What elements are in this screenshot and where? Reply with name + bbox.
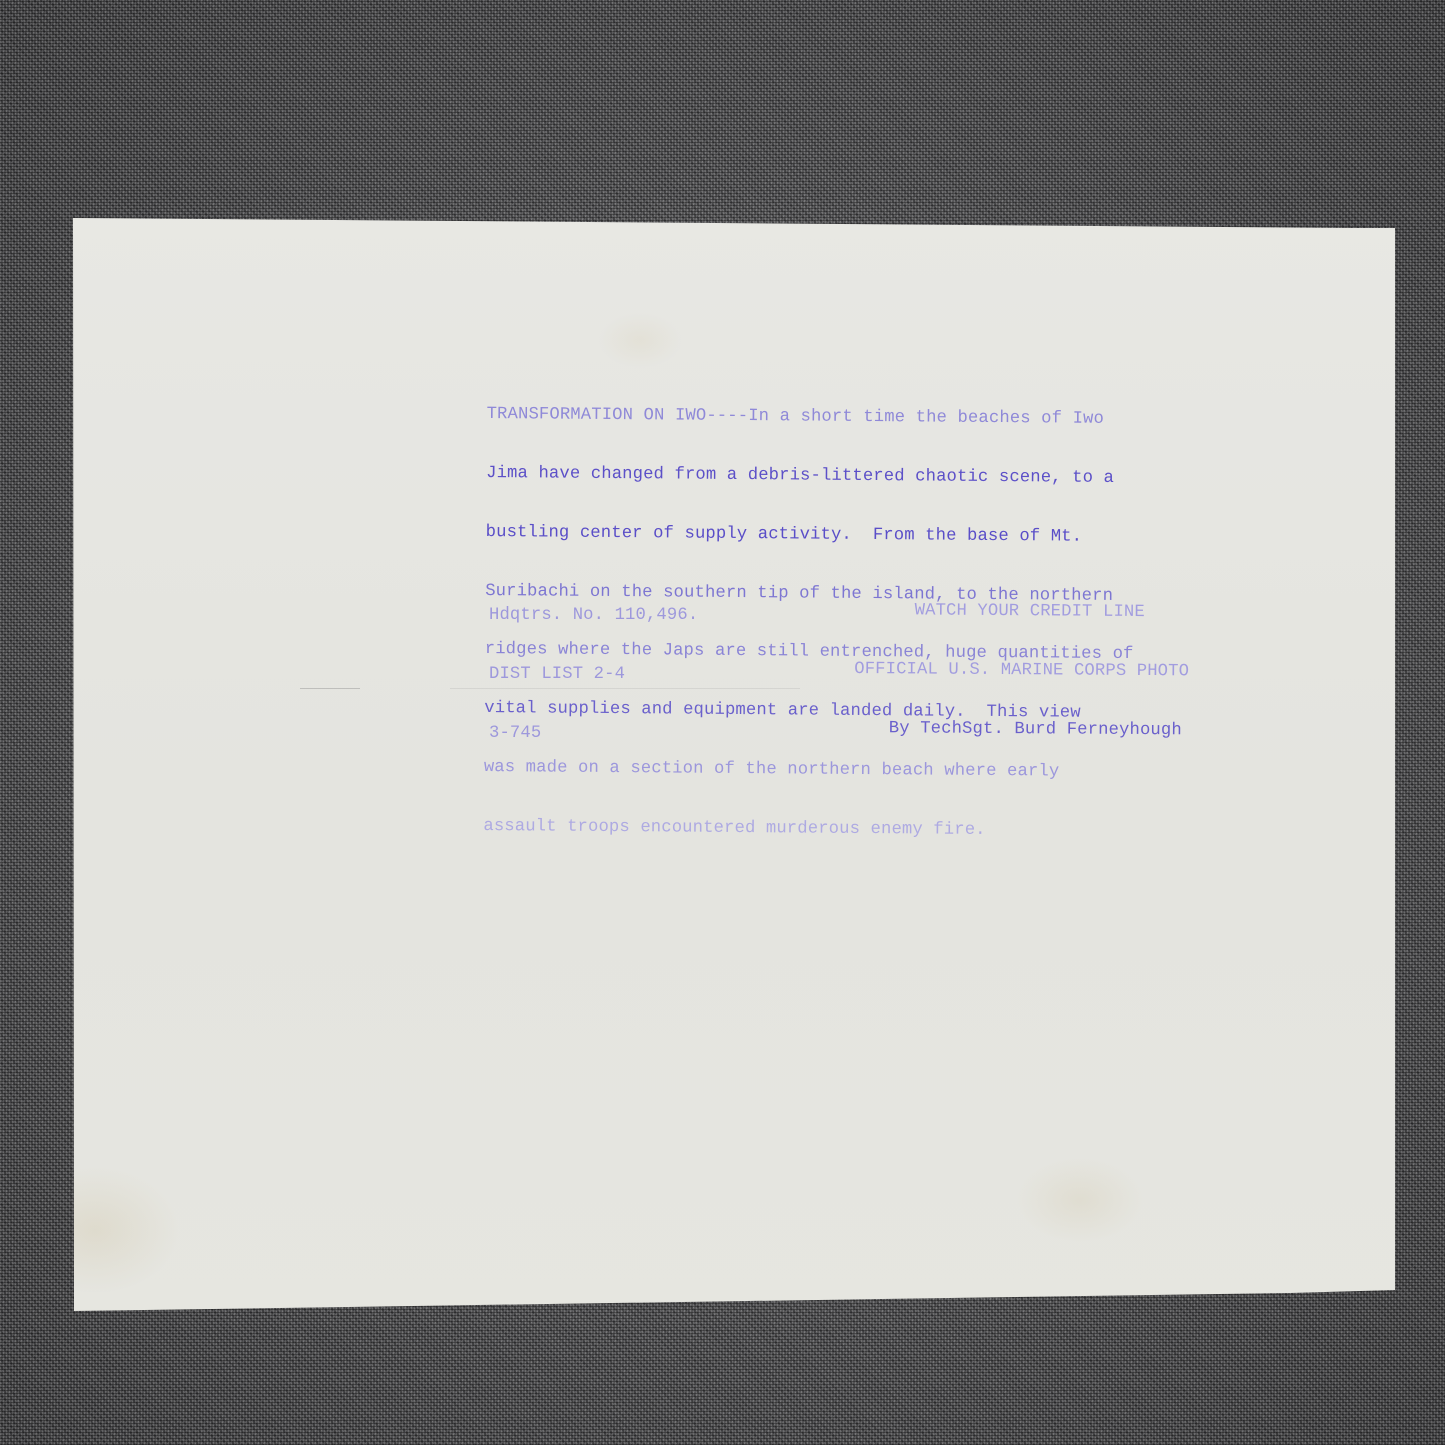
reference-numbers: Hdqtrs. No. 110,496. DIST LIST 2-4 3-745 bbox=[489, 567, 698, 763]
credit-notice: WATCH YOUR CREDIT LINE bbox=[855, 601, 1190, 623]
official-photo-label: OFFICIAL U.S. MARINE CORPS PHOTO bbox=[854, 660, 1189, 682]
hq-number: Hdqtrs. No. 110,496. bbox=[489, 606, 698, 626]
caption-line: bustling center of supply activity. From… bbox=[486, 523, 1135, 548]
caption-line: Jima have changed from a debris-littered… bbox=[486, 464, 1135, 489]
caption-line: TRANSFORMATION ON IWO----In a short time… bbox=[487, 405, 1136, 430]
distribution-list: DIST LIST 2-4 bbox=[489, 665, 698, 685]
caption-line: assault troops encountered murderous ene… bbox=[483, 817, 1132, 842]
credit-block: WATCH YOUR CREDIT LINE OFFICIAL U.S. MAR… bbox=[854, 562, 1190, 760]
photographer-credit: By TechSgt. Burd Ferneyhough bbox=[854, 719, 1189, 741]
photo-code: 3-745 bbox=[489, 724, 698, 744]
